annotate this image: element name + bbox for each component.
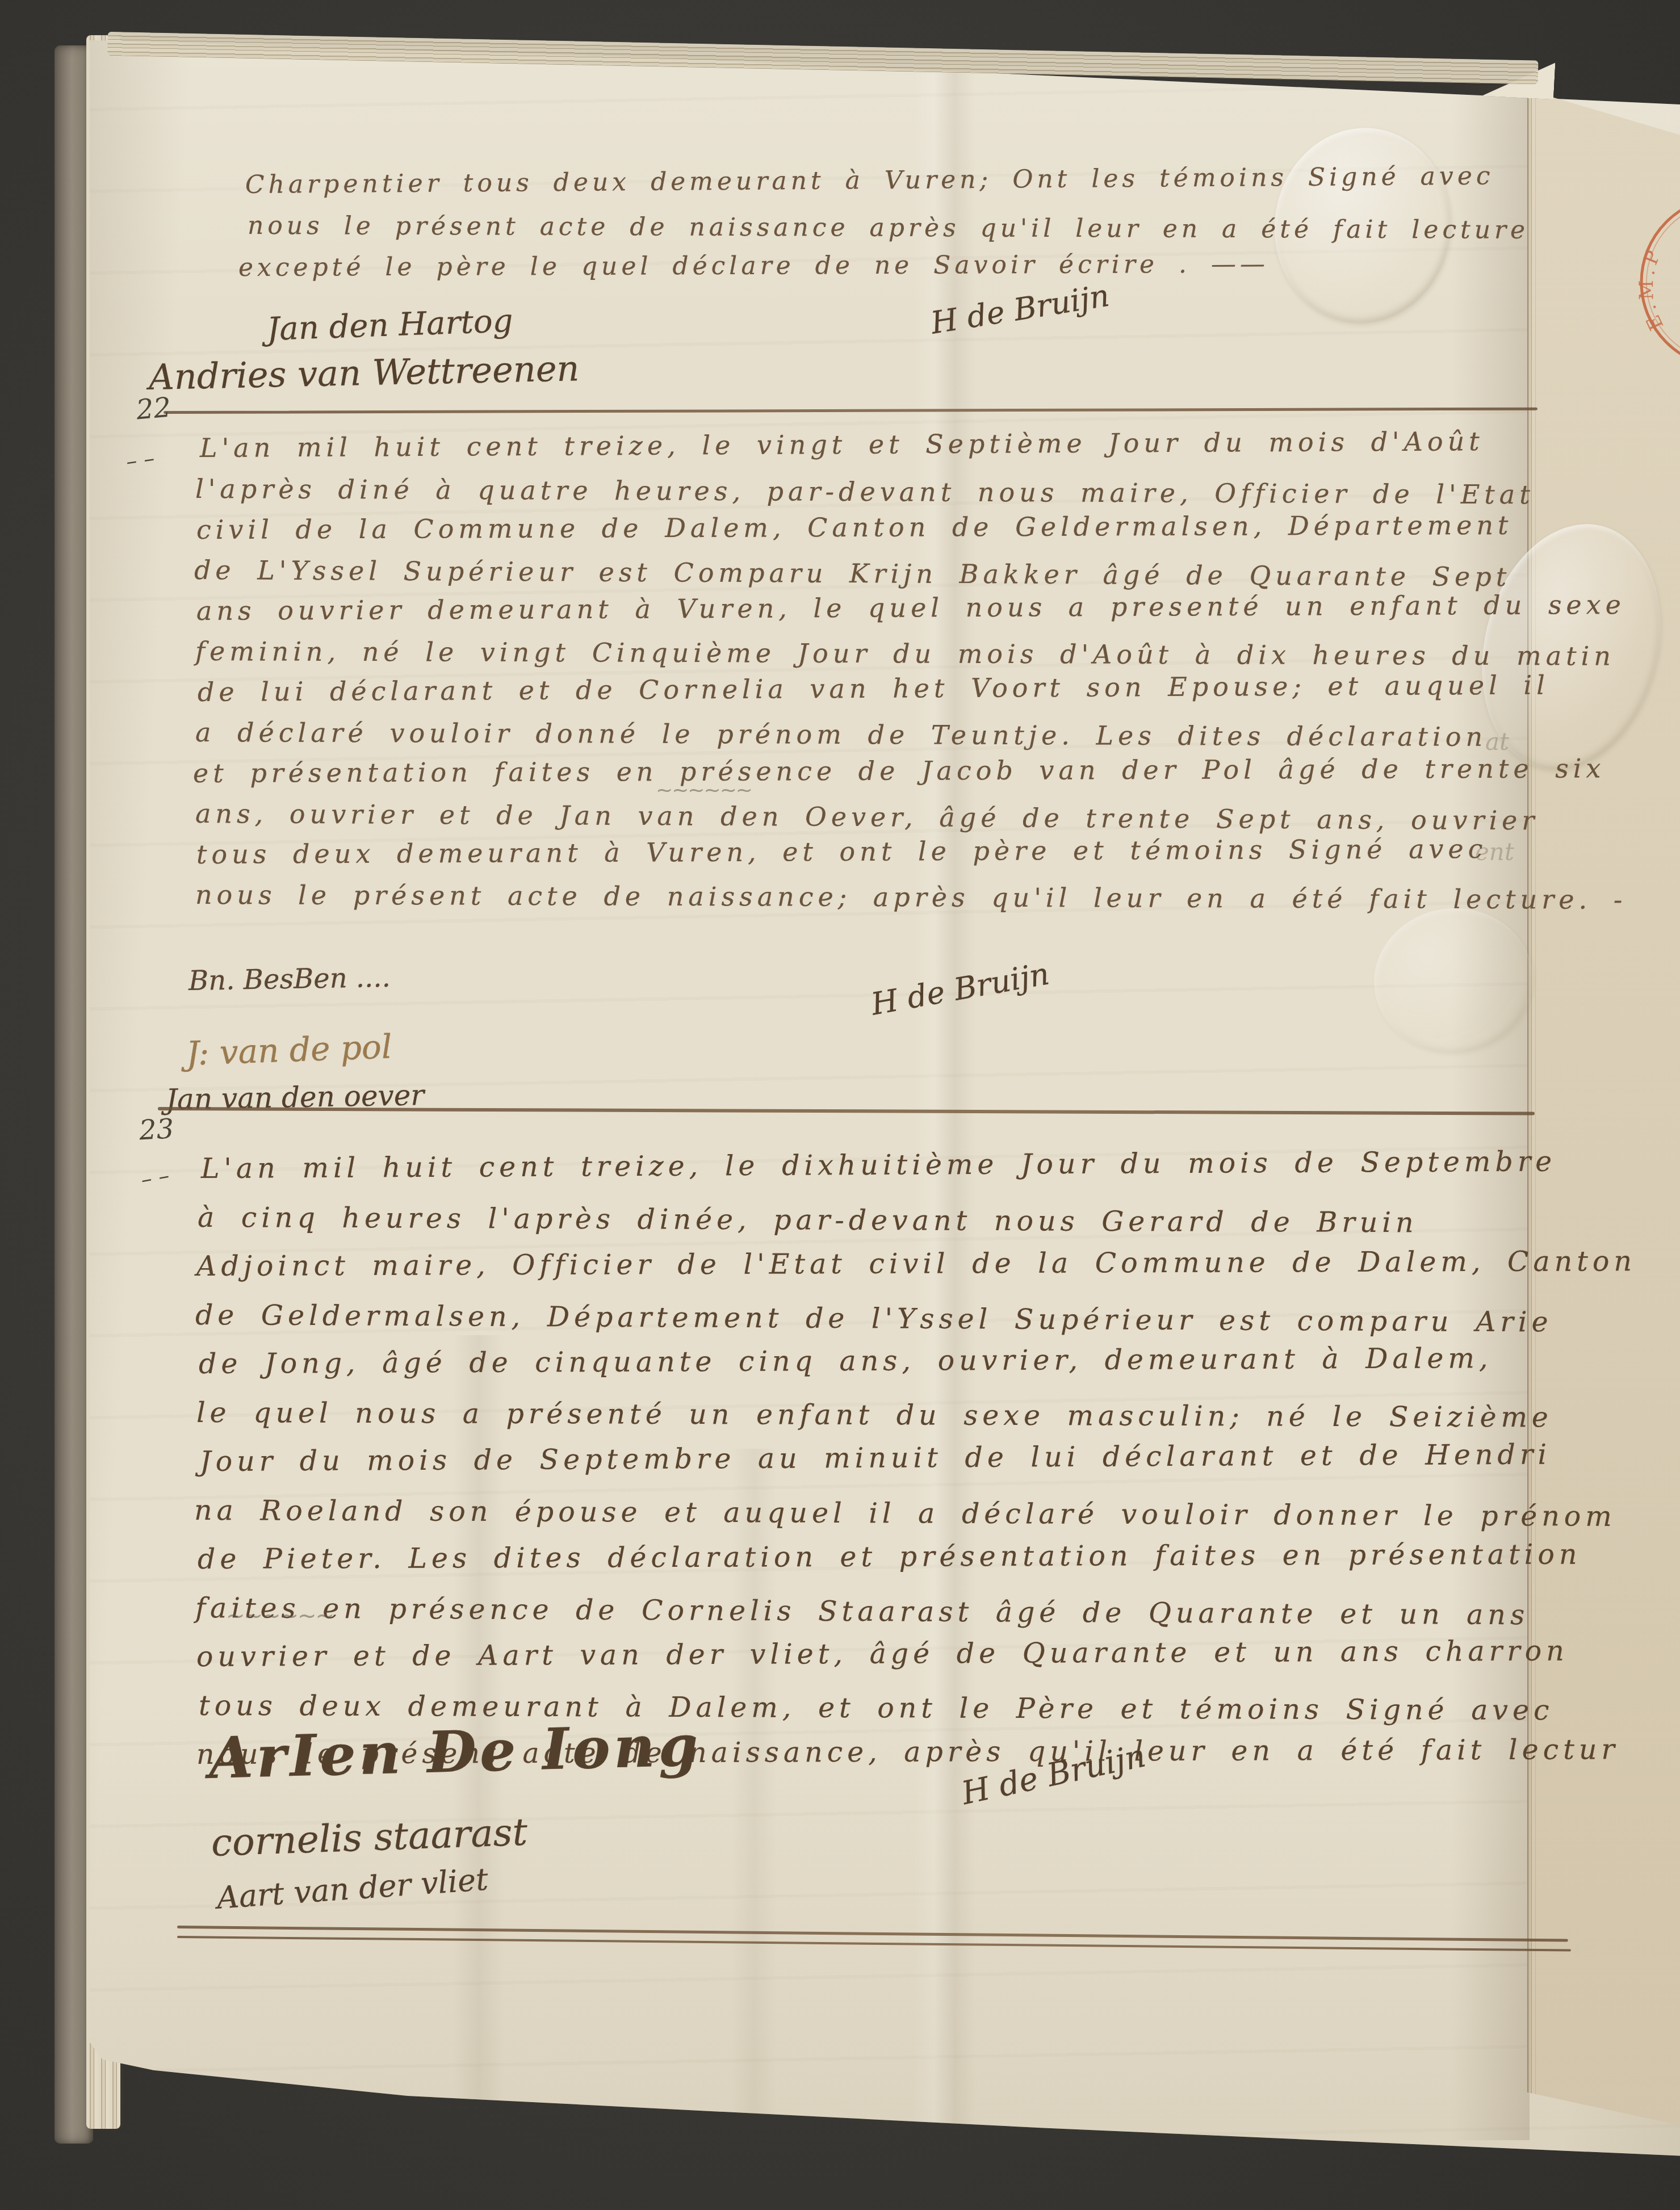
manuscript-line: l'après diné à quatre heures, par-devant… — [195, 473, 1535, 510]
manuscript-line: ans ouvrier demeurant à Vuren, le quel n… — [196, 589, 1625, 626]
photo-of-register-page: E.M.P. at ent Charpentier tous deux deme… — [0, 0, 1680, 2210]
manuscript-line: na Roeland son épouse et auquel il a déc… — [194, 1494, 1616, 1533]
red-emp-seal: E.M.P. — [1633, 188, 1680, 376]
manuscript-line: a déclaré vouloir donné le prénom de Teu… — [195, 717, 1487, 752]
manuscript-line: excepté le père le quel déclare de ne Sa… — [238, 250, 1269, 282]
seal-text: E.M.P. — [1633, 188, 1668, 334]
signature-arien-de-jong: ArIen De Iong — [208, 1712, 702, 1792]
pencil-underline-teuntje: ~~~~~~ — [656, 779, 752, 802]
manuscript-line: de Pieter. Les dites déclaration et prés… — [198, 1538, 1582, 1575]
manuscript-line: feminin, né le vingt Cinquième Jour du m… — [195, 636, 1615, 672]
manuscript-line: ouvrier et de Aart van der vliet, âgé de… — [196, 1634, 1569, 1673]
manuscript-line: tous deux demeurant à Vuren, et ont le p… — [196, 833, 1488, 870]
signature-krijn-bakker: Bn. BesBen .... — [188, 962, 391, 997]
manuscript-line: nous le présent acte de naissance après … — [248, 211, 1529, 245]
manuscript-line: Adjoinct maire, Officier de l'Etat civil… — [196, 1245, 1636, 1282]
center-fold-crease — [913, 30, 975, 2130]
manuscript-line: le quel nous a présenté un enfant du sex… — [196, 1397, 1553, 1433]
manuscript-line: et présentation faites en présence de Ja… — [193, 753, 1606, 789]
act-number-23: 23 — [139, 1113, 175, 1146]
act-number-22-dashes: – – — [124, 446, 156, 475]
manuscript-line: nous le présent acte de naissance; après… — [195, 879, 1627, 915]
pencil-underline-pieter: ~~~~~~ — [226, 1603, 333, 1629]
manuscript-line: à cinq heures l'après dinée, par-devant … — [198, 1201, 1418, 1239]
show-through-fragment: at — [1485, 728, 1509, 756]
svg-text:E.M.P.: E.M.P. — [1633, 188, 1668, 334]
act-number-23-swash: – – — [139, 1163, 171, 1192]
manuscript-line: civil de la Commune de Dalem, Canton de … — [196, 510, 1513, 545]
underlying-page-at-fold — [1527, 90, 1680, 2146]
manuscript-line: de Jong, âgé de cinquante cinq ans, ouvr… — [199, 1342, 1493, 1380]
signature-j-van-de-pol: J: van de pol — [186, 1027, 393, 1073]
act-number-22: 22 — [135, 391, 173, 426]
